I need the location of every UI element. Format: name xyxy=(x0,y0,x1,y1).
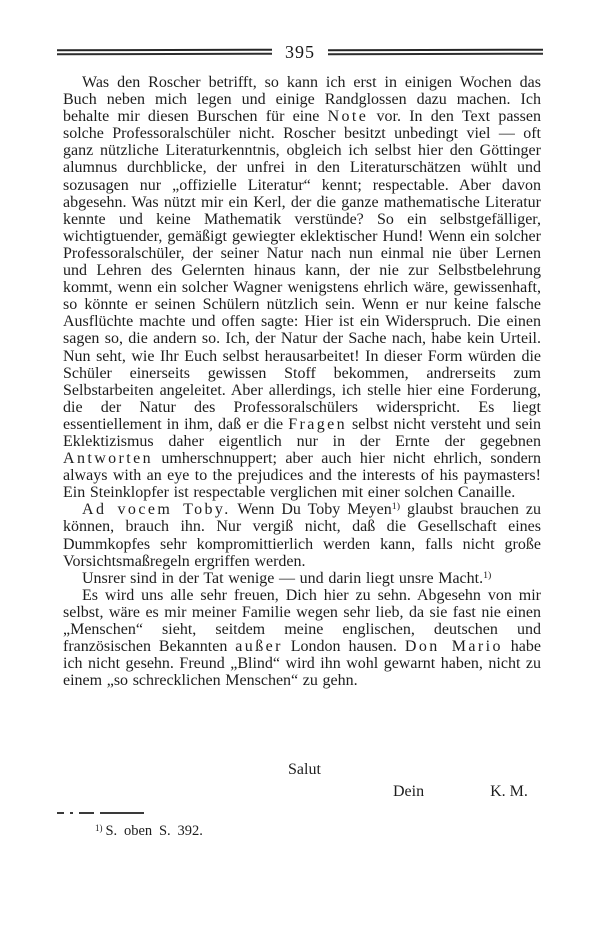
separator-segment xyxy=(79,812,94,814)
header-rule-right xyxy=(328,49,543,56)
page-header: 395 xyxy=(57,42,543,62)
separator-segment xyxy=(100,812,144,814)
paragraph: Unsrer sind in der Tat wenige — und dari… xyxy=(63,570,541,587)
text-run: vor. In den Text passen solche Professor… xyxy=(63,108,541,433)
paragraph: Ad vocem Toby. Wenn Du Toby Meyen1) glau… xyxy=(63,501,541,569)
text-run: Unsrer sind in der Tat wenige — und dari… xyxy=(82,570,483,587)
text-run: Don Mario xyxy=(405,638,503,655)
footnote-ref: 1) xyxy=(483,570,491,581)
text-run: Fragen xyxy=(288,416,347,433)
signature-line: Dein K. M. xyxy=(63,783,541,800)
footnote-ref: 1) xyxy=(392,501,400,512)
scanned-page: 395 Was den Roscher betrifft, so kann ic… xyxy=(0,0,600,945)
footnote-separator xyxy=(57,811,144,814)
text-run: London hausen. xyxy=(283,638,405,655)
footnote-marker: 1) xyxy=(95,823,102,833)
text-run: Wenn Du Toby Meyen xyxy=(231,501,392,518)
paragraph: Was den Roscher betrifft, so kann ich er… xyxy=(63,74,541,501)
letter-closing: Salut Dein K. M. xyxy=(63,761,541,800)
header-rule-left xyxy=(57,49,272,56)
text-run: Antworten xyxy=(63,450,153,467)
footnote-text: S. oben S. 392. xyxy=(105,823,202,839)
letter-body: Was den Roscher betrifft, so kann ich er… xyxy=(63,74,541,689)
page-number: 395 xyxy=(285,43,315,61)
separator-segment xyxy=(57,812,64,814)
text-run: Ad vocem Toby. xyxy=(82,501,231,518)
paragraph: Es wird uns alle sehr freuen, Dich hier … xyxy=(63,587,541,690)
separator-segment xyxy=(70,812,73,814)
salutation: Salut xyxy=(288,761,541,778)
text-run: außer xyxy=(235,638,283,655)
signature-initials: K. M. xyxy=(490,783,528,800)
footnote: 1)S. oben S. 392. xyxy=(63,823,541,839)
text-run: Note xyxy=(328,108,369,125)
signature-label: Dein xyxy=(393,783,424,800)
